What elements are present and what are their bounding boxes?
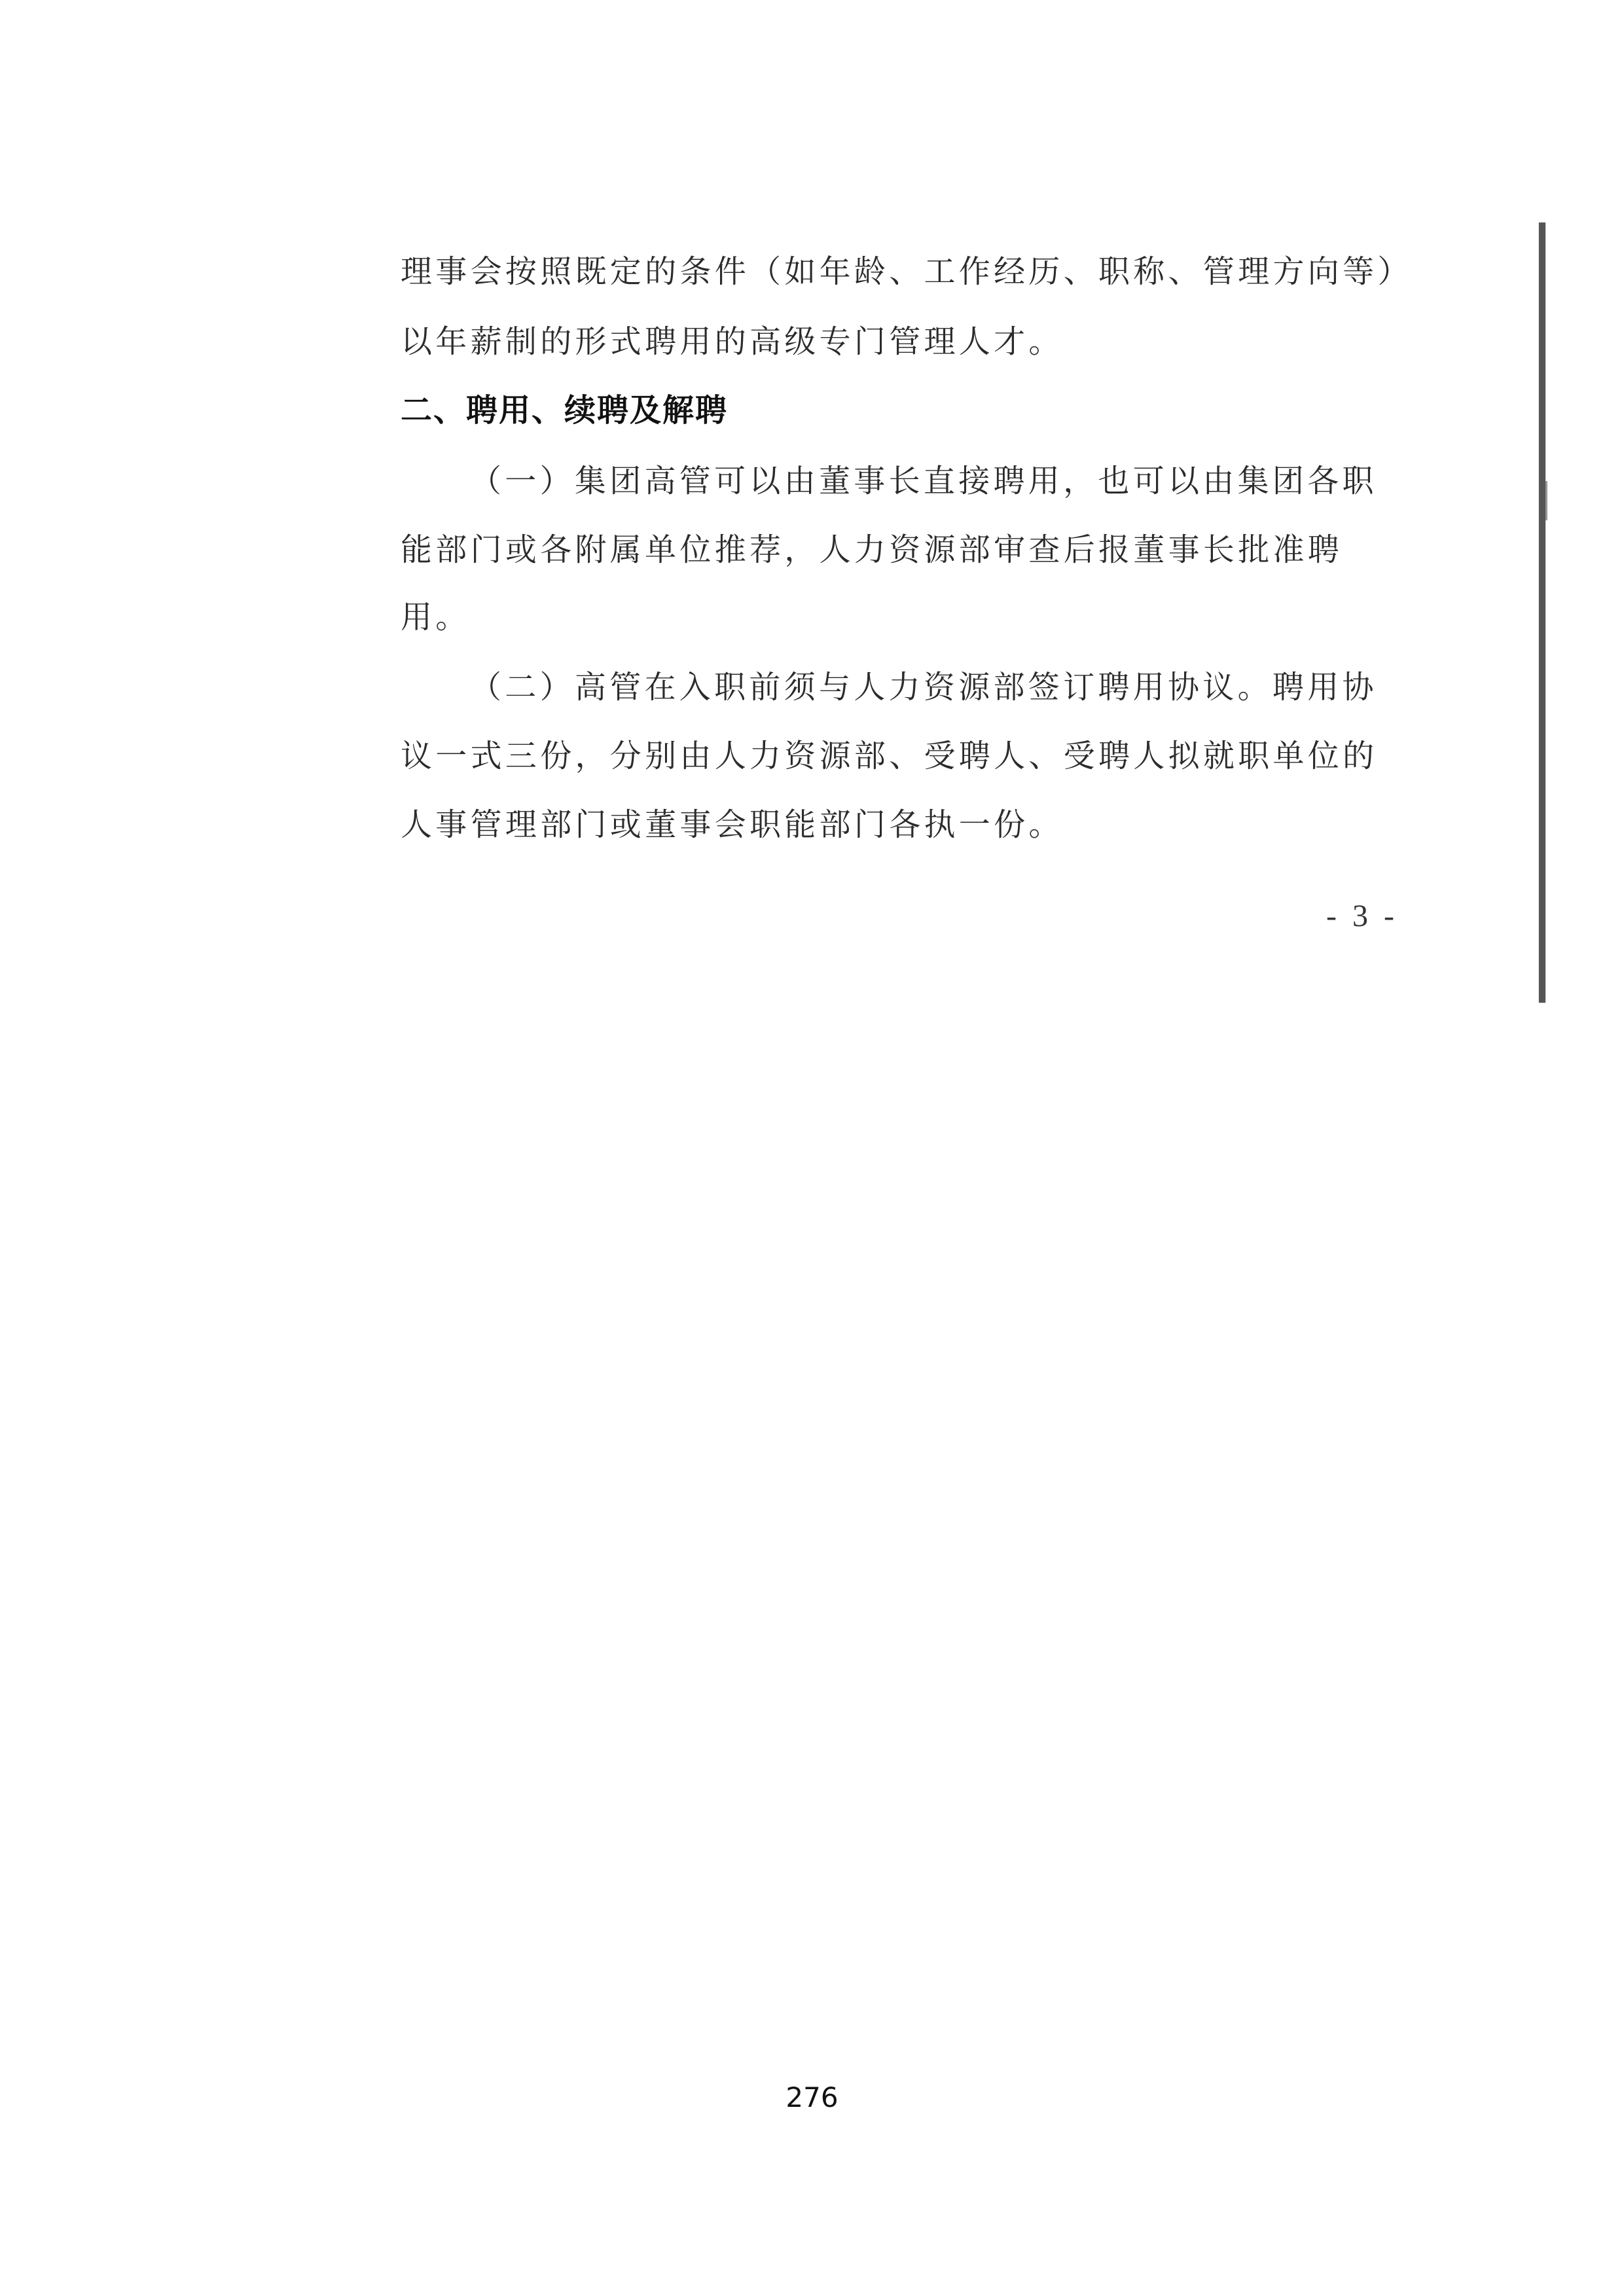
paragraph-1-line-1: （一）集团高管可以由董事长直接聘用，也可以由集团各职 [470,461,1377,501]
paragraph-1-line-3: 用。 [401,598,471,637]
text-line-1: 理事会按照既定的条件（如年龄、工作经历、职称、管理方向等） [401,252,1413,291]
paragraph-2-line-2: 议一式三份，分别由人力资源部、受聘人、受聘人拟就职单位的 [401,736,1377,776]
paragraph-2-line-3: 人事管理部门或董事会职能部门各执一份。 [401,805,1064,844]
text-line-2: 以年薪制的形式聘用的高级专门管理人才。 [401,322,1064,361]
footer-page-number: 276 [0,2081,1624,2113]
page-edge-bar [1539,223,1545,1003]
paragraph-2-line-1: （二）高管在入职前须与人力资源部签订聘用协议。聘用协 [470,668,1377,707]
section-heading: 二、聘用、续聘及解聘 [401,391,728,430]
paragraph-1-line-2: 能部门或各附属单位推荐，人力资源部审查后报董事长批准聘 [401,530,1343,569]
page-edge-notch [1545,481,1547,520]
inner-page-marker: - 3 - [1326,898,1398,934]
